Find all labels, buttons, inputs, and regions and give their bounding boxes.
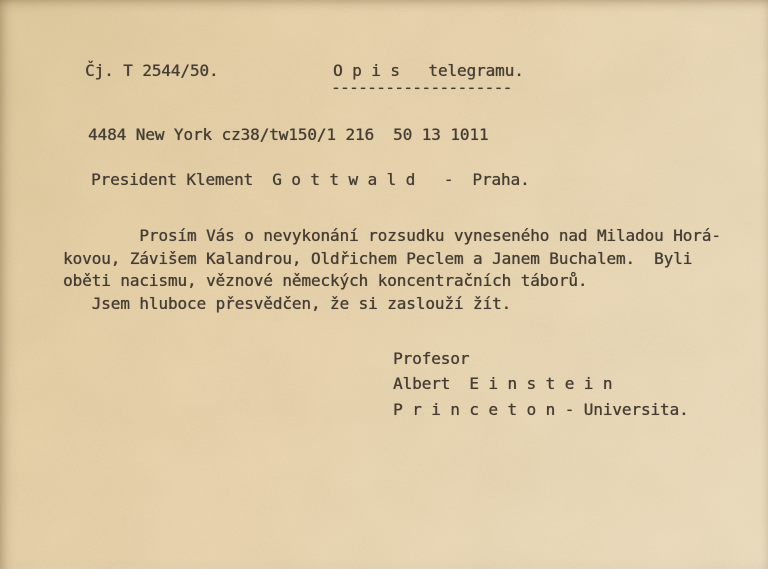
title-underline: -------------------- (331, 78, 512, 97)
telegram-routing-line: 4484 New York cz38/tw150/1 216 50 13 101… (88, 125, 488, 144)
signature-line: Albert E i n s t e i n (393, 374, 689, 399)
body-line: kovou, Závišem Kalandrou, Oldřichem Pecl… (63, 249, 721, 272)
body-line: Jsem hluboce přesvědčen, že si zaslouží … (63, 294, 721, 317)
signature-line: P r i n c e t o n - Universita. (393, 400, 689, 425)
signature-block: Profesor Albert E i n s t e i n P r i n … (393, 349, 689, 425)
body-line: oběti nacismu, věznové německých koncent… (63, 271, 721, 294)
ref-number: Čj. T 2544/50. (85, 61, 218, 80)
signature-line: Profesor (393, 349, 689, 374)
body-line: Prosím Vás o nevykonání rozsudku vynesen… (63, 226, 721, 249)
telegram-document: Čj. T 2544/50. O p i s telegramu. ------… (0, 0, 768, 569)
body-paragraph: Prosím Vás o nevykonání rozsudku vynesen… (63, 226, 721, 317)
addressee-line: President Klement G o t t w a l d - Prah… (91, 170, 530, 189)
